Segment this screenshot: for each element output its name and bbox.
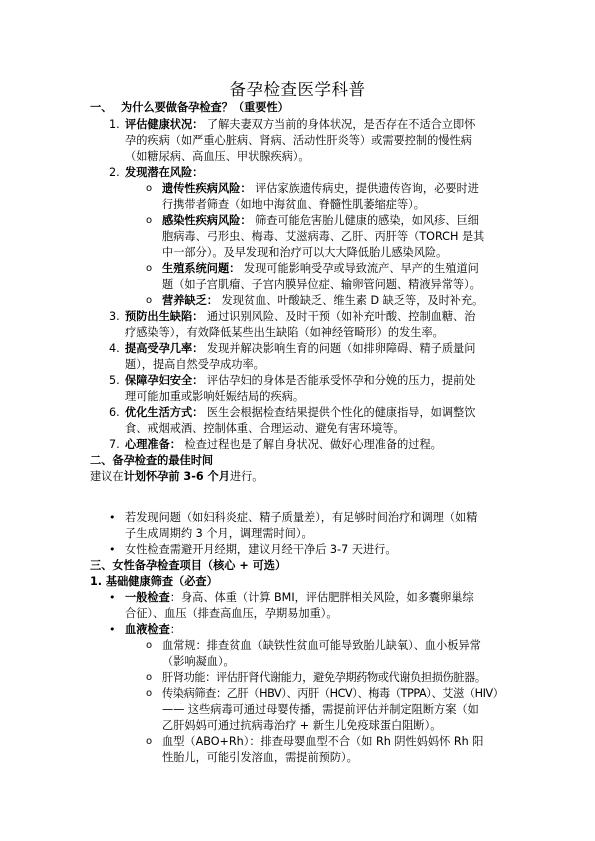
document-page: 备孕检查医学科普 一、 为什么要做备孕检查？（重要性） 1. 评估健康状况： 了… <box>0 0 595 841</box>
sub-item-text: 血型（ABO+Rh）：排查母婴血型不合（如 Rh 阴性妈妈怀 Rh 阳 <box>162 735 483 749</box>
dot-bullet-icon: • <box>109 591 116 605</box>
sub-item-text: 性胎儿，可能引发溶血，需提前预防）。 <box>162 751 358 765</box>
sub-item-text: 肝肾功能：评估肝肾代谢能力，避免孕期药物或代谢负担损伤脏器。 <box>162 671 486 685</box>
dot-bullet-icon: • <box>109 623 116 637</box>
list-number: 4. <box>109 342 120 356</box>
circle-bullet-icon: o <box>146 262 152 276</box>
item-text: 食、戒烟戒酒、控制体重、合理运动、避免有害环境等。 <box>125 422 405 436</box>
section2-heading: 二、备孕检查的最佳时间 <box>90 454 213 468</box>
sub-item-text: —— 这些病毒可通过母婴传播，需提前评估并制定阻断方案（如 <box>162 703 479 717</box>
list-number: 7. <box>109 438 120 452</box>
list-item: 评估健康状况： 了解夫妻双方当前的身体状况，是否存在不适合立即怀 <box>125 118 475 132</box>
item-text: 理可能加重或影响妊娠结局的疾病。 <box>125 390 304 404</box>
circle-bullet-icon: o <box>146 735 152 749</box>
section2-intro: 建议在计划怀孕前 3-6 个月进行。 <box>90 470 263 484</box>
list-item: 提高受孕几率： 发现并解决影响生育的问题（如排卵障碍、精子质量问 <box>125 342 475 356</box>
sub-item-text: 中一部分）。及早发现和治疗可以大大降低胎儿感染风险。 <box>162 246 447 260</box>
bullet-text: 合征）、血压（排查高血压，孕期易加重）。 <box>125 607 338 621</box>
sub-item-text: 胞病毒、弓形虫、梅毒、艾滋病毒、乙肝、丙肝等（TORCH 是其 <box>162 230 484 244</box>
section3-heading: 三、女性备孕检查项目（核心 + 可选） <box>90 559 286 573</box>
item-label: 发现潜在风险： <box>125 166 203 180</box>
list-number: 2. <box>109 166 120 180</box>
dot-bullet-icon: • <box>109 543 116 557</box>
dot-bullet-icon: • <box>109 511 116 525</box>
list-number: 1. <box>109 118 120 132</box>
list-number: 6. <box>109 406 120 420</box>
sub-item-text: 行携带者筛查（如地中海贫血、脊髓性肌萎缩症等）。 <box>162 198 425 212</box>
bullet-item: 血液检查： <box>125 623 181 637</box>
bullet-text: 子生成周期约 3 个月，调理需时间）。 <box>125 527 313 541</box>
sub-item: 遗传性疾病风险： 评估家族遗传病史，提供遗传咨询，必要时进 <box>162 182 479 196</box>
sub-item-text: 传染病筛查：乙肝（HBV）、丙肝（HCV）、梅毒（TPPA）、艾滋（HIV） <box>162 687 504 701</box>
sub-item: 感染性疾病风险： 筛查可能危害胎儿健康的感染，如风疹、巨细 <box>162 214 479 228</box>
circle-bullet-icon: o <box>146 671 152 685</box>
circle-bullet-icon: o <box>146 687 152 701</box>
circle-bullet-icon: o <box>146 639 152 653</box>
section1-heading: 为什么要做备孕检查？（重要性） <box>121 101 289 115</box>
item-text: （如糖尿病、高血压、甲状腺疾病）。 <box>125 150 310 164</box>
list-item: 保障孕妇安全： 评估孕妇的身体是否能承受怀孕和分娩的压力，提前处 <box>125 374 475 388</box>
list-number: 3. <box>109 310 120 324</box>
page-title: 备孕检查医学科普 <box>0 76 595 100</box>
circle-bullet-icon: o <box>146 214 152 228</box>
subsection-heading: 1. 基础健康筛查（必查） <box>90 575 218 589</box>
bullet-item: 一般检查：身高、体重（计算 BMI，评估肥胖相关风险，如多囊卵巢综 <box>125 591 474 605</box>
item-text: 题），提高自然受孕成功率。 <box>125 358 265 372</box>
sub-item-text: （影响凝血）。 <box>162 655 235 669</box>
circle-bullet-icon: o <box>146 294 152 308</box>
list-number: 5. <box>109 374 120 388</box>
item-text: 疗感染等），有效降低某些出生缺陷（如神经管畸形）的发生率。 <box>125 326 444 340</box>
bullet-text: 女性检查需避开月经期，建议月经干净后 3-7 天进行。 <box>125 543 397 557</box>
circle-bullet-icon: o <box>146 182 152 196</box>
bullet-text: 若发现问题（如妇科炎症、精子质量差），有足够时间治疗和调理（如精 <box>125 511 477 525</box>
sub-item: 生殖系统问题： 发现可能影响受孕或导致流产、早产的生殖道问 <box>162 262 479 276</box>
list-item: 优化生活方式： 医生会根据检查结果提供个性化的健康指导，如调整饮 <box>125 406 475 420</box>
section1-marker: 一、 <box>90 101 112 115</box>
sub-item: 营养缺乏： 发现贫血、叶酸缺乏、维生素 D 缺乏等，及时补充。 <box>162 294 483 308</box>
sub-item-text: 题（如子宫肌瘤、子宫内膜异位症、输卵管问题、精液异常等）。 <box>162 278 481 292</box>
list-item: 预防出生缺陷： 通过识别风险、及时干预（如补充叶酸、控制血糖、治 <box>125 310 475 324</box>
item-text: 孕的疾病（如严重心脏病、肾病、活动性肝炎等）或需要控制的慢性病 <box>125 134 472 148</box>
sub-item-text: 乙肝妈妈可通过抗病毒治疗 + 新生儿免疫球蛋白阻断）。 <box>162 719 441 733</box>
sub-item-text: 血常规：排查贫血（缺铁性贫血可能导致胎儿缺氧）、血小板异常 <box>162 639 481 653</box>
list-item: 心理准备： 检查过程也是了解自身状况、做好心理准备的过程。 <box>125 438 442 452</box>
item-label: 评估健康状况： <box>125 118 203 131</box>
